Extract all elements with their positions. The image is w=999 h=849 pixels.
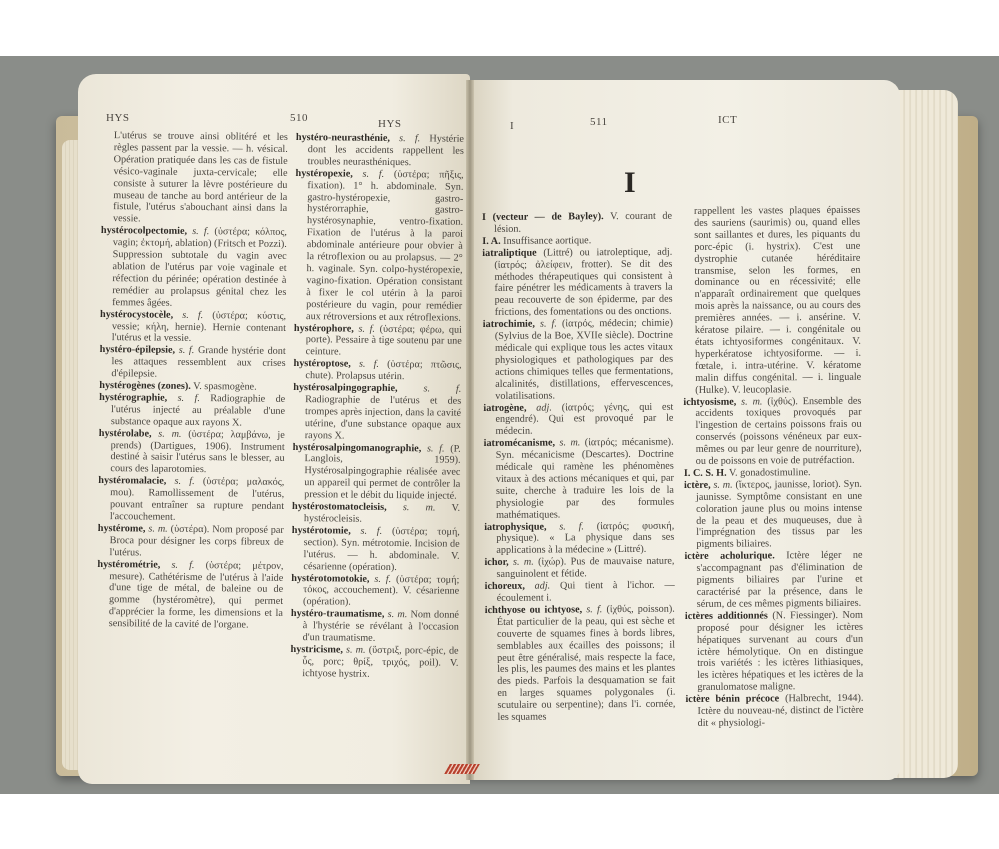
entry-grammar: s. f. xyxy=(171,559,194,570)
dictionary-entry: ictères additionnés (N. Fiessinger). Nom… xyxy=(685,610,864,695)
entry-definition: (ὑστέρα; κόλπος, vagin; ἐκτομή, ablation… xyxy=(112,226,287,308)
entry-definition: V. spasmogène. xyxy=(193,381,257,393)
entry-grammar: s. m. xyxy=(741,396,762,407)
entry-grammar: s. f. xyxy=(399,133,420,144)
entry-headword: I. A. xyxy=(482,236,500,247)
entry-headword: ictère acholurique. xyxy=(684,551,774,563)
entry-grammar: s. m. xyxy=(513,557,534,568)
entry-grammar: s. f. xyxy=(423,383,461,394)
dictionary-entry: ictère bénin précoce (Halbrecht, 1944). … xyxy=(685,693,863,730)
entry-headword: iatrochimie, xyxy=(483,319,535,330)
left-page: HYS 510 HYS L'utérus se trouve ainsi obl… xyxy=(78,74,470,784)
dictionary-entry: ichthyose ou ichtyose, s. f. (ἰχθύς, poi… xyxy=(485,604,676,724)
dictionary-entry: ichor, s. m. (ἰχώρ). Pus de mauvaise nat… xyxy=(484,556,674,581)
entry-headword: I (vecteur — de Bayley). xyxy=(482,211,604,223)
entry-headword: hystéro-neurasthénie, xyxy=(296,132,390,144)
entry-headword: hystérolabe, xyxy=(99,428,152,440)
entry-headword: hystérome, xyxy=(98,523,146,534)
entry-headword: hystérostomatocleisis, xyxy=(292,501,387,513)
entry-grammar: s. f. xyxy=(358,323,375,334)
entry-definition: V. gonadostimuline. xyxy=(729,467,811,479)
entry-headword: hystérographie, xyxy=(99,392,167,404)
entry-grammar: s. f. xyxy=(178,393,200,404)
entry-definition: (N. Fiessinger). Nom proposé pour désign… xyxy=(697,610,863,694)
entry-grammar: s. f. xyxy=(586,604,602,615)
dictionary-entry: I (vecteur — de Bayley). V. courant de l… xyxy=(482,211,672,236)
dictionary-entry: hystérostomatocleisis, s. m. V. hystéroc… xyxy=(292,501,460,527)
page-number-right: 511 xyxy=(590,116,608,128)
dictionary-entry: hystérosalpingographie, s. f. Radiograph… xyxy=(293,382,462,443)
dictionary-entry: hystéro-neurasthénie, s. f. Hystérie don… xyxy=(296,132,464,169)
entry-headword: hystérosalpingomanographie, xyxy=(293,442,422,454)
entry-headword: hystéro-épilepsie, xyxy=(100,344,175,356)
running-head-center: HYS xyxy=(378,118,402,130)
entry-headword: hystérocystocèle, xyxy=(100,309,173,321)
entry-headword: ictère, xyxy=(684,480,711,491)
entry-grammar: s. f. xyxy=(374,573,391,584)
entry-definition: rappellent les vastes plaques épaisses d… xyxy=(694,205,861,396)
dictionary-entry: hystéromalacie, s. f. (ὑστέρα; μαλακός, … xyxy=(98,475,284,525)
entry-grammar: adj. xyxy=(536,402,552,413)
right-page-column-1: I (vecteur — de Bayley). V. courant de l… xyxy=(482,211,676,724)
entry-grammar: s. m. xyxy=(148,523,167,534)
entry-headword: ictères additionnés xyxy=(685,610,768,622)
right-page: I 511 ICT I I (vecteur — de Bayley). V. … xyxy=(470,80,900,780)
entry-grammar: s. m. xyxy=(559,438,580,449)
dictionary-entry: hystérographie, s. f. Radiographie de l'… xyxy=(99,392,285,430)
dictionary-entry: hystérocystocèle, s. f. (ὑστέρα; κύστις,… xyxy=(100,309,286,347)
dictionary-entry: hystérophore, s. f. (ὑστέρα; φέρω, qui p… xyxy=(294,322,462,359)
entry-grammar: s. m. xyxy=(158,428,181,439)
dictionary-entry: hystéropexie, s. f. (ὑστέρα; πῆξις, fixa… xyxy=(294,168,464,325)
entry-headword: iatraliptique xyxy=(482,247,536,258)
entry-grammar: s. f. xyxy=(363,168,385,179)
entry-grammar: s. f. xyxy=(174,476,194,487)
entry-grammar: s. m. xyxy=(346,645,366,656)
entry-headword: hystérophore, xyxy=(294,322,354,334)
entry-headword: ichor, xyxy=(484,557,508,568)
entry-definition: (ὑστέρα; πῆξις, fixation). 1° h. abdomin… xyxy=(306,169,464,324)
entry-definition: (ἰχθύς, poisson). État particulier de la… xyxy=(497,604,676,723)
entry-grammar: s. f. xyxy=(361,526,383,537)
entry-headword: hystricisme, xyxy=(291,644,343,656)
running-head-left-r: I xyxy=(510,120,514,132)
entry-headword: iatrophysique, xyxy=(484,521,546,532)
entry-headword: hystérosalpingographie, xyxy=(293,382,397,394)
entry-headword: hystérotomotokie, xyxy=(291,573,369,585)
entry-grammar: s. f. xyxy=(359,359,379,370)
entry-headword: ichtyosisme, xyxy=(683,396,736,407)
entry-definition: (ὑστέρα; μέτρον, mesure). Cathétérisme d… xyxy=(109,560,284,631)
running-head-right: ICT xyxy=(718,114,737,126)
dictionary-entry: iatrogène, adj. (ἰατρός; γένης, qui est … xyxy=(483,401,673,438)
dictionary-entry: hystérotomie, s. f. (ὑστέρα; τομή, secti… xyxy=(291,525,459,574)
entry-definition: Radiographie de l'utérus et des trompes … xyxy=(305,394,461,441)
entry-grammar: adj. xyxy=(535,581,551,592)
entry-headword: hystérotomie, xyxy=(292,525,351,537)
entry-definition: Insuffisance aortique. xyxy=(503,235,591,247)
entry-grammar: s. f. xyxy=(179,345,195,356)
headband xyxy=(444,764,480,774)
dictionary-entry: hystérocolpectomie, s. f. (ὑστέρα; κόλπο… xyxy=(100,225,287,310)
left-page-column-1: L'utérus se trouve ainsi oblitéré et les… xyxy=(97,130,288,632)
entry-headword: hystéropexie, xyxy=(296,168,353,180)
entry-headword: ichoreux, xyxy=(485,581,525,592)
section-letter: I xyxy=(624,166,636,200)
entry-headword: hystéromalacie, xyxy=(98,475,166,487)
entry-definition: (ἰατρός; mécanisme). Syn. mécanicisme (D… xyxy=(496,437,674,521)
entry-headword: ictère bénin précoce xyxy=(685,693,779,705)
entry-headword: hystéro-traumatisme, xyxy=(291,608,385,620)
dictionary-entry: hystérome, s. m. (ὑστέρα). Nom proposé p… xyxy=(98,523,284,561)
entry-headword: iatromécanisme, xyxy=(484,438,555,449)
dictionary-entry: hystérosalpingomanographie, s. f. (P. La… xyxy=(292,442,461,503)
entry-grammar: s. m. xyxy=(403,502,436,513)
dictionary-entry: ichtyosisme, s. m. (ἰχθύς). Ensemble des… xyxy=(683,395,861,468)
entry-grammar: s. f. xyxy=(182,309,203,320)
dictionary-entry: L'utérus se trouve ainsi oblitéré et les… xyxy=(101,130,288,227)
dictionary-entry: iatrochimie, s. f. (ἰατρός, médecin; chi… xyxy=(483,318,674,403)
entry-headword: ichthyose ou ichtyose, xyxy=(485,604,582,616)
entry-headword: hystérogènes (zones). xyxy=(99,380,191,392)
dictionary-entry: ictère, s. m. (ἴκτερος, jaunisse, loriot… xyxy=(684,479,862,552)
entry-headword: I. C. S. H. xyxy=(684,468,727,479)
dictionary-entry: hystricisme, s. m. (ὕστριξ, porc-épic, d… xyxy=(290,644,458,681)
right-page-column-2: rappellent les vastes plaques épaisses d… xyxy=(682,205,864,730)
entry-definition: L'utérus se trouve ainsi oblitéré et les… xyxy=(113,130,288,225)
running-head-left: HYS xyxy=(106,112,130,124)
dictionary-entry: ichoreux, adj. Qui tient à l'ichor. — éc… xyxy=(485,580,675,605)
entry-grammar: s. m. xyxy=(388,609,408,620)
dictionary-entry: rappellent les vastes plaques épaisses d… xyxy=(682,205,861,397)
entry-definition: (ἰατρός, médecin; chimie) (Sylvius de la… xyxy=(495,318,673,402)
dictionary-entry: iatromécanisme, s. m. (ἰατρός; mécanisme… xyxy=(484,437,675,522)
dictionary-entry: hystérotomotokie, s. f. (ὑστέρα; τομή; τ… xyxy=(291,573,459,610)
left-page-column-2: hystéro-neurasthénie, s. f. Hystérie don… xyxy=(290,132,464,681)
dictionary-entry: hystérolabe, s. m. (ὑστέρα; λαμβάνω, je … xyxy=(98,428,284,478)
entry-headword: iatrogène, xyxy=(483,402,526,413)
dictionary-entry: iatraliptique (Littré) ou iatroleptique,… xyxy=(482,246,672,319)
entry-grammar: s. f. xyxy=(559,521,584,532)
book-gutter xyxy=(466,80,474,780)
entry-grammar: s. f. xyxy=(427,443,445,454)
entry-headword: hystéroptose, xyxy=(294,358,351,370)
dictionary-entry: hystéroptose, s. f. (ὑστέρα; πτῶσις, chu… xyxy=(293,358,461,384)
entry-grammar: s. f. xyxy=(192,226,209,237)
dictionary-entry: ictère acholurique. Ictère léger ne s'ac… xyxy=(684,550,862,611)
entry-headword: hystérométrie, xyxy=(97,559,160,571)
entry-headword: hystérocolpectomie, xyxy=(101,225,187,237)
dictionary-entry: hystéro-traumatisme, s. m. Nom donné à l… xyxy=(291,608,459,645)
page-number-left: 510 xyxy=(290,112,308,124)
entry-grammar: s. m. xyxy=(713,479,732,490)
dictionary-entry: hystéro-épilepsie, s. f. Grande hystérie… xyxy=(99,344,285,382)
dictionary-entry: hystérométrie, s. f. (ὑστέρα; μέτρον, me… xyxy=(97,559,284,632)
dictionary-entry: iatrophysique, s. f. (ἰατρός; φυσική, ph… xyxy=(484,520,674,557)
entry-grammar: s. f. xyxy=(540,319,557,330)
